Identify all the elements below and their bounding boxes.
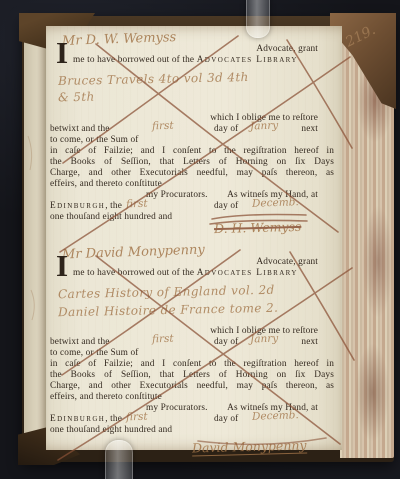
- form-initial-I: I: [56, 40, 68, 66]
- form-next: next: [301, 337, 318, 347]
- form-borrow-line: me to have borrowed out of the Advocates…: [73, 55, 298, 65]
- borrower-name-handwritten: Mr D. W. Wemyss: [62, 30, 177, 49]
- edinburgh-word: Edinburgh: [50, 414, 105, 424]
- borrower-name-handwritten: Mr David Monypenny: [62, 243, 205, 263]
- form-books-of-session: the Books of Seſſion, that Letters of Ho…: [50, 370, 334, 380]
- form-charge: Charge, and other Executorials needful, …: [50, 381, 334, 391]
- return-month-handwritten: Janry: [250, 333, 279, 346]
- the-word: , the: [105, 201, 122, 211]
- form-charge: Charge, and other Executorials needful, …: [50, 168, 334, 178]
- form-failzie: in caſe of Failzie; and I conſent to the…: [50, 359, 334, 369]
- form-borrow-prefix: me to have borrowed out of the: [73, 268, 194, 278]
- form-day-of-2: day of: [214, 201, 238, 211]
- library-name: Advocates Library: [197, 55, 298, 65]
- signed-month-handwritten: Decemb.: [252, 196, 299, 210]
- book-title-line-2: & 5th: [58, 90, 95, 105]
- form-books-of-session: the Books of Seſſion, that Letters of Ho…: [50, 157, 334, 167]
- register-page: Mr D. W. Wemyss I Advocate, grant me to …: [46, 26, 342, 450]
- library-name: Advocates Library: [197, 268, 298, 278]
- the-word: , the: [105, 414, 122, 424]
- book-title-line-1: Cartes History of England vol. 2d: [58, 283, 275, 302]
- form-borrow-line: me to have borrowed out of the Advocates…: [73, 268, 298, 278]
- signed-day-handwritten: first: [126, 198, 148, 211]
- form-next: next: [301, 124, 318, 134]
- borrower-signature-struck: D. H. Wemyss: [214, 219, 302, 236]
- photograph-of-register-page: { "page": { "number": "219." }, "form": …: [0, 0, 400, 479]
- form-advocate-grant: Advocate, grant: [256, 44, 318, 54]
- form-day-of: day of: [214, 124, 238, 134]
- return-day-handwritten: first: [152, 333, 174, 346]
- signed-month-handwritten: Decemb.: [252, 409, 299, 423]
- form-procurators: my Procurators.: [146, 190, 208, 200]
- form-advocate-grant: Advocate, grant: [256, 257, 318, 267]
- register-book: Mr D. W. Wemyss I Advocate, grant me to …: [22, 16, 394, 462]
- borrow-entry-2: Mr David Monypenny I Advocate, grant me …: [46, 247, 342, 455]
- form-procurators: my Procurators.: [146, 403, 208, 413]
- borrow-entry-1: Mr D. W. Wemyss I Advocate, grant me to …: [46, 34, 342, 242]
- form-failzie: in caſe of Failzie; and I conſent to the…: [50, 146, 334, 156]
- form-effeirs: effeirs, and thereto conſtitute: [50, 179, 162, 189]
- form-edinburgh: Edinburgh, the: [50, 414, 122, 424]
- borrower-signature: David Monypenny: [192, 438, 307, 457]
- form-effeirs: effeirs, and thereto conſtitute: [50, 392, 162, 402]
- form-year: one thouſand eight hundred and: [50, 425, 172, 435]
- form-edinburgh: Edinburgh, the: [50, 201, 122, 211]
- conservation-strap-top: [246, 0, 270, 38]
- form-borrow-prefix: me to have borrowed out of the: [73, 55, 194, 65]
- return-month-handwritten: Janry: [250, 120, 279, 133]
- previous-page-edge: [24, 30, 48, 448]
- edinburgh-word: Edinburgh: [50, 201, 105, 211]
- form-betwixt: betwixt and the: [50, 124, 110, 134]
- form-to-come: to come, or the Sum of: [50, 348, 139, 358]
- form-to-come: to come, or the Sum of: [50, 135, 139, 145]
- form-initial-I: I: [56, 253, 68, 279]
- signed-day-handwritten: first: [126, 411, 148, 424]
- return-day-handwritten: first: [152, 120, 174, 133]
- form-betwixt: betwixt and the: [50, 337, 110, 347]
- conservation-strap-bottom: [105, 440, 133, 479]
- form-year: one thouſand eight hundred and: [50, 212, 172, 222]
- form-day-of-2: day of: [214, 414, 238, 424]
- book-title-line-1: Bruces Travels 4to vol 3d 4th: [58, 70, 249, 88]
- form-day-of: day of: [214, 337, 238, 347]
- book-title-line-2: Daniel Histoire de France tome 2.: [58, 301, 279, 320]
